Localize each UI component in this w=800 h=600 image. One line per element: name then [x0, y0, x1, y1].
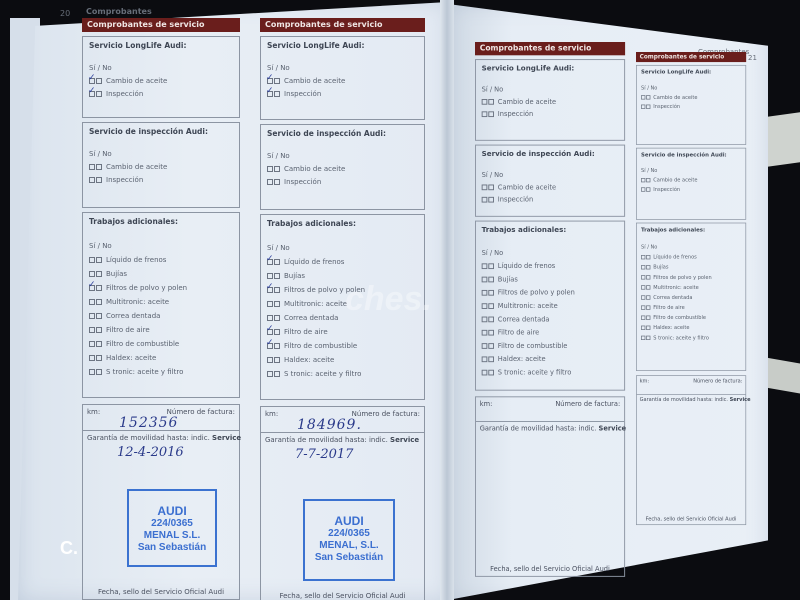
section-banner: Comprobantes de servicio [82, 18, 240, 32]
checkbox-si[interactable] [641, 178, 645, 182]
service-stamp-box: km:Número de factura:152356Garantía de m… [82, 404, 240, 600]
inspection-service-box: Servicio de inspección Audi:Sí / NoCambi… [636, 148, 746, 220]
oil-change-row: Cambio de aceite [482, 184, 619, 192]
checkbox-si[interactable] [482, 263, 488, 269]
invoice-number-label: Número de factura: [555, 400, 620, 408]
mobility-warranty-label: Garantía de movilidad hasta: indic. Serv… [261, 433, 424, 447]
checkbox-no[interactable] [488, 330, 494, 336]
checkbox-no[interactable] [96, 355, 102, 361]
watermark: ches. [345, 280, 432, 319]
checkbox-no[interactable] [488, 317, 494, 323]
inspection-label: Inspección [106, 176, 143, 184]
checkbox-no[interactable] [646, 295, 650, 299]
additional-item-label: Filtro de combustible [498, 342, 568, 350]
additional-item-row: Bujías [89, 270, 233, 278]
checkbox-no[interactable] [274, 273, 280, 279]
checkbox-no[interactable] [488, 99, 494, 105]
additional-item-row: Correa dentada [89, 312, 233, 320]
km-label: km: [640, 378, 650, 384]
longlife-service-box: Servicio LongLife Audi:Sí / NoCambio de … [475, 59, 625, 141]
checkbox-no[interactable] [96, 78, 102, 84]
inspection-title: Servicio de inspección Audi: [482, 150, 619, 159]
checkbox-no[interactable] [274, 91, 280, 97]
km-invoice-row: km:Número de factura: [637, 376, 746, 395]
checkbox-no[interactable] [274, 343, 280, 349]
checkbox-si[interactable] [267, 329, 273, 335]
additional-item-label: Filtro de aire [498, 329, 539, 337]
warranty-service: Service [599, 425, 627, 433]
inspection-label: Inspección [653, 187, 680, 193]
additional-item-row: Filtro de aire [89, 326, 233, 334]
inspection-row: Inspección [89, 176, 233, 184]
si-no-label: Sí / No [641, 244, 741, 250]
checkbox-no[interactable] [96, 313, 102, 319]
inspection-row: Inspección [267, 90, 418, 98]
checkbox-no[interactable] [96, 271, 102, 277]
km-invoice-row: km:Número de factura:152356 [83, 405, 239, 431]
additional-item-label: Líquido de frenos [284, 258, 344, 266]
checkbox-no[interactable] [488, 263, 494, 269]
page-header-left: Comprobantes [86, 7, 152, 16]
checkbox-no[interactable] [96, 327, 102, 333]
inspection-label: Inspección [284, 178, 321, 186]
stamp-footer-label: Fecha, sello del Servicio Oficial Audi [476, 565, 624, 573]
inspection-label: Inspección [284, 90, 321, 98]
additional-works-title: Trabajos adicionales: [267, 219, 418, 228]
warranty-prefix: Garantía de movilidad hasta: indic. [87, 434, 210, 442]
additional-item-row: Correa dentada [482, 316, 619, 324]
checkbox-si[interactable] [482, 343, 488, 349]
warranty-service: Service [212, 434, 241, 442]
checkbox-si[interactable] [482, 185, 488, 191]
checkbox-si[interactable] [89, 164, 95, 170]
additional-item-row: Filtro de aire [267, 328, 418, 336]
checkbox-si[interactable] [641, 326, 645, 330]
checkbox-si[interactable] [267, 371, 273, 377]
si-no-label: Sí / No [482, 171, 619, 179]
checkbox-si[interactable] [267, 78, 273, 84]
checkbox-si[interactable] [267, 287, 273, 293]
additional-item-label: S tronic: aceite y filtro [498, 369, 572, 377]
warranty-stamp-area: Garantía de movilidad hasta: indic. Serv… [83, 431, 239, 599]
checkbox-no[interactable] [646, 336, 650, 340]
oil-change-row: Cambio de aceite [267, 165, 418, 173]
additional-item-row: S tronic: aceite y filtro [89, 368, 233, 376]
checkbox-no[interactable] [488, 370, 494, 376]
checkbox-si[interactable] [482, 370, 488, 376]
inspection-title: Servicio de inspección Audi: [641, 151, 741, 157]
service-stamp-box: km:Número de factura:Garantía de movilid… [636, 375, 746, 525]
checkbox-si[interactable] [89, 299, 95, 305]
additional-item-label: Haldex: aceite [284, 356, 334, 364]
km-label: km: [265, 410, 278, 418]
additional-item-row: Haldex: aceite [89, 354, 233, 362]
oil-change-row: Cambio de aceite [641, 94, 741, 100]
checkbox-si[interactable] [89, 369, 95, 375]
si-no-label: Sí / No [641, 85, 741, 91]
checkbox-si[interactable] [641, 295, 645, 299]
additional-item-label: Multitronic: aceite [653, 285, 698, 291]
oil-change-row: Cambio de aceite [482, 98, 619, 106]
page-number-right: 21 [748, 54, 757, 62]
longlife-service-box: Servicio LongLife Audi:Sí / NoCambio de … [636, 65, 746, 145]
checkbox-si[interactable] [482, 290, 488, 296]
warranty-date-handwritten[interactable]: 7-7-2017 [295, 447, 353, 462]
inspection-label: Inspección [498, 110, 533, 118]
additional-item-row: Filtros de polvo y polen [641, 275, 741, 281]
additional-item-row: Multitronic: aceite [89, 298, 233, 306]
warranty-service: Service [730, 397, 751, 403]
checkbox-si[interactable] [89, 313, 95, 319]
warranty-prefix: Garantía de movilidad hasta: indic. [265, 436, 388, 444]
checkbox-no[interactable] [488, 185, 494, 191]
oil-change-label: Cambio de aceite [653, 177, 697, 183]
checkbox-no[interactable] [274, 166, 280, 172]
checkbox-no[interactable] [96, 299, 102, 305]
checkbox-si[interactable] [89, 341, 95, 347]
checkbox-no[interactable] [646, 95, 650, 99]
inspection-label: Inspección [498, 196, 533, 204]
additional-item-label: Filtros de polvo y polen [653, 275, 711, 281]
additional-item-label: Bujías [106, 270, 127, 278]
longlife-service-box: Servicio LongLife Audi:Sí / NoCambio de … [260, 36, 425, 120]
additional-item-row: Haldex: aceite [641, 325, 741, 331]
service-record-4: Comprobantes de servicioServicio LongLif… [636, 52, 746, 525]
additional-item-label: Bujías [498, 276, 518, 284]
oil-change-row: Cambio de aceite [89, 77, 233, 85]
stamp-code: 224/0365 [129, 518, 215, 530]
checkbox-no[interactable] [96, 285, 102, 291]
additional-item-label: Haldex: aceite [653, 325, 689, 331]
warranty-prefix: Garantía de movilidad hasta: indic. [480, 425, 597, 433]
additional-item-label: Correa dentada [498, 316, 550, 324]
checkbox-no[interactable] [274, 301, 280, 307]
warranty-stamp-area: Garantía de movilidad hasta: indic. Serv… [637, 394, 746, 524]
checkbox-si[interactable] [641, 265, 645, 269]
si-no-label: Sí / No [89, 64, 233, 72]
si-no-label: Sí / No [641, 168, 741, 174]
invoice-number-label: Número de factura: [352, 410, 420, 418]
mobility-warranty-label: Garantía de movilidad hasta: indic. Serv… [637, 394, 746, 404]
checkbox-no[interactable] [274, 78, 280, 84]
additional-item-row: Bujías [267, 272, 418, 280]
book-gutter [440, 0, 454, 600]
section-banner: Comprobantes de servicio [636, 52, 746, 62]
inspection-row: Inspección [641, 187, 741, 193]
oil-change-row: Cambio de aceite [267, 77, 418, 85]
checkbox-si[interactable] [482, 197, 488, 203]
km-label: km: [480, 400, 493, 408]
checkbox-no[interactable] [274, 287, 280, 293]
checkbox-no[interactable] [646, 255, 650, 259]
additional-item-row: Filtros de polvo y polen [482, 289, 619, 297]
checkbox-no[interactable] [96, 257, 102, 263]
mobility-warranty-label: Garantía de movilidad hasta: indic. Serv… [83, 431, 239, 445]
additional-item-label: Correa dentada [106, 312, 160, 320]
km-handwritten-value[interactable]: 184969. [297, 417, 362, 433]
additional-item-label: S tronic: aceite y filtro [653, 335, 709, 341]
km-invoice-row: km:Número de factura: [476, 397, 624, 422]
stamp-dealer: MENAL, S.L. [305, 540, 393, 552]
checkbox-si[interactable] [641, 105, 645, 109]
checkbox-si[interactable] [89, 271, 95, 277]
additional-item-row: Bujías [641, 264, 741, 270]
checkbox-si[interactable] [641, 316, 645, 320]
oil-change-label: Cambio de aceite [498, 184, 556, 192]
inspection-row: Inspección [482, 196, 619, 204]
checkbox-si[interactable] [482, 357, 488, 363]
additional-item-label: Filtro de aire [284, 328, 328, 336]
inspection-service-box: Servicio de inspección Audi:Sí / NoCambi… [260, 124, 425, 210]
checkbox-no[interactable] [646, 326, 650, 330]
additional-item-label: Filtro de combustible [284, 342, 357, 350]
checkbox-no[interactable] [646, 178, 650, 182]
km-invoice-row: km:Número de factura:184969. [261, 407, 424, 433]
checkbox-si[interactable] [89, 91, 95, 97]
checkbox-no[interactable] [488, 290, 494, 296]
additional-item-row: Haldex: aceite [482, 356, 619, 364]
additional-item-label: Filtros de polvo y polen [106, 284, 187, 292]
checkbox-no[interactable] [274, 371, 280, 377]
checkbox-no[interactable] [274, 259, 280, 265]
warranty-stamp-area: Garantía de movilidad hasta: indic. Serv… [476, 422, 624, 575]
section-banner: Comprobantes de servicio [260, 18, 425, 32]
inspection-label: Inspección [106, 90, 143, 98]
additional-item-label: Filtro de aire [106, 326, 150, 334]
inspection-row: Inspección [482, 110, 619, 118]
stamp-dealer: MENAL S.L. [129, 530, 215, 542]
oil-change-label: Cambio de aceite [106, 163, 167, 171]
additional-item-label: S tronic: aceite y filtro [106, 368, 183, 376]
checkbox-no[interactable] [488, 303, 494, 309]
longlife-title: Servicio LongLife Audi: [641, 69, 741, 75]
km-label: km: [87, 408, 100, 416]
additional-item-row: Filtro de aire [482, 329, 619, 337]
oil-change-label: Cambio de aceite [106, 77, 167, 85]
inspection-title: Servicio de inspección Audi: [267, 129, 418, 138]
additional-works-title: Trabajos adicionales: [89, 217, 233, 226]
stamp-city: San Sebastián [305, 552, 393, 564]
inspection-row: Inspección [89, 90, 233, 98]
additional-item-row: Líquido de frenos [482, 262, 619, 270]
corner-label: C. [60, 538, 78, 559]
additional-item-row: Líquido de frenos [89, 256, 233, 264]
inspection-service-box: Servicio de inspección Audi:Sí / NoCambi… [475, 145, 625, 217]
additional-works-box: Trabajos adicionales:Sí / NoLíquido de f… [636, 223, 746, 371]
checkbox-si[interactable] [89, 78, 95, 84]
additional-item-row: Filtros de polvo y polen [89, 284, 233, 292]
checkbox-no[interactable] [646, 306, 650, 310]
checkbox-no[interactable] [274, 357, 280, 363]
additional-item-row: Correa dentada [641, 295, 741, 301]
inspection-label: Inspección [653, 104, 680, 110]
checkbox-si[interactable] [641, 285, 645, 289]
checkbox-si[interactable] [641, 95, 645, 99]
service-stamp-box: km:Número de factura:184969.Garantía de … [260, 406, 425, 600]
si-no-label: Sí / No [89, 150, 233, 158]
stamp-footer-label: Fecha, sello del Servicio Oficial Audi [261, 592, 424, 600]
checkbox-no[interactable] [646, 187, 650, 191]
additional-item-row: Filtro de combustible [482, 342, 619, 350]
checkbox-si[interactable] [267, 273, 273, 279]
km-handwritten-value[interactable]: 152356 [119, 415, 178, 431]
longlife-service-box: Servicio LongLife Audi:Sí / NoCambio de … [82, 36, 240, 118]
service-record-3: Comprobantes de servicioServicio LongLif… [475, 42, 625, 576]
longlife-title: Servicio LongLife Audi: [482, 64, 619, 73]
checkbox-si[interactable] [482, 303, 488, 309]
checkbox-si[interactable] [267, 259, 273, 265]
checkbox-no[interactable] [488, 343, 494, 349]
additional-item-row: Filtro de combustible [89, 340, 233, 348]
checkbox-si[interactable] [267, 166, 273, 172]
checkbox-no[interactable] [274, 179, 280, 185]
checkbox-si[interactable] [89, 177, 95, 183]
checkbox-no[interactable] [274, 329, 280, 335]
checkbox-si[interactable] [267, 357, 273, 363]
checkbox-si[interactable] [267, 343, 273, 349]
checkbox-si[interactable] [482, 99, 488, 105]
inspection-row: Inspección [267, 178, 418, 186]
checkbox-no[interactable] [274, 315, 280, 321]
si-no-label: Sí / No [267, 64, 418, 72]
checkbox-no[interactable] [646, 285, 650, 289]
si-no-label: Sí / No [267, 244, 418, 252]
inspection-row: Inspección [641, 104, 741, 110]
oil-change-label: Cambio de aceite [284, 165, 345, 173]
additional-item-row: Haldex: aceite [267, 356, 418, 364]
checkbox-si[interactable] [482, 317, 488, 323]
checkbox-no[interactable] [96, 341, 102, 347]
invoice-number-label: Número de factura: [693, 378, 742, 384]
additional-item-row: S tronic: aceite y filtro [267, 370, 418, 378]
checkbox-si[interactable] [267, 301, 273, 307]
checkbox-no[interactable] [488, 111, 494, 117]
mobility-warranty-label: Garantía de movilidad hasta: indic. Serv… [476, 422, 624, 435]
additional-item-label: Filtro de aire [653, 305, 684, 311]
oil-change-label: Cambio de aceite [284, 77, 345, 85]
warranty-service: Service [390, 436, 419, 444]
additional-item-label: Líquido de frenos [106, 256, 166, 264]
additional-item-row: Multitronic: aceite [482, 302, 619, 310]
service-record-1: Comprobantes de servicioServicio LongLif… [82, 18, 240, 600]
stamp-code: 224/0365 [305, 528, 393, 540]
checkbox-si[interactable] [267, 315, 273, 321]
service-stamp-box: km:Número de factura:Garantía de movilid… [475, 396, 625, 576]
checkbox-no[interactable] [488, 197, 494, 203]
additional-item-row: S tronic: aceite y filtro [641, 335, 741, 341]
dealer-stamp: AUDI224/0365MENAL S.L.San Sebastián [127, 489, 217, 567]
additional-item-row: S tronic: aceite y filtro [482, 369, 619, 377]
si-no-label: Sí / No [267, 152, 418, 160]
additional-item-label: S tronic: aceite y filtro [284, 370, 361, 378]
warranty-prefix: Garantía de movilidad hasta: indic. [640, 397, 728, 403]
stamp-footer-label: Fecha, sello del Servicio Oficial Audi [83, 588, 239, 596]
checkbox-si[interactable] [89, 327, 95, 333]
oil-change-row: Cambio de aceite [89, 163, 233, 171]
additional-item-label: Haldex: aceite [498, 356, 546, 364]
checkbox-si[interactable] [641, 306, 645, 310]
si-no-label: Sí / No [482, 249, 619, 257]
checkbox-si[interactable] [641, 255, 645, 259]
additional-item-label: Filtro de combustible [106, 340, 179, 348]
checkbox-no[interactable] [96, 91, 102, 97]
additional-item-label: Filtro de combustible [653, 315, 706, 321]
checkbox-si[interactable] [641, 336, 645, 340]
checkbox-si[interactable] [89, 285, 95, 291]
additional-item-label: Filtros de polvo y polen [498, 289, 575, 297]
additional-item-row: Bujías [482, 276, 619, 284]
checkbox-si[interactable] [482, 277, 488, 283]
si-no-label: Sí / No [89, 242, 233, 250]
checkbox-si[interactable] [482, 111, 488, 117]
additional-item-row: Filtro de combustible [267, 342, 418, 350]
additional-item-label: Haldex: aceite [106, 354, 156, 362]
additional-works-title: Trabajos adicionales: [482, 225, 619, 234]
additional-item-label: Líquido de frenos [653, 254, 697, 260]
additional-item-label: Bujías [653, 264, 668, 270]
section-banner: Comprobantes de servicio [475, 42, 625, 55]
stamp-brand: AUDI [129, 505, 215, 518]
checkbox-si[interactable] [482, 330, 488, 336]
checkbox-no[interactable] [646, 275, 650, 279]
checkbox-no[interactable] [646, 105, 650, 109]
checkbox-no[interactable] [96, 369, 102, 375]
additional-item-label: Líquido de frenos [498, 262, 555, 270]
additional-item-row: Multitronic: aceite [641, 285, 741, 291]
warranty-date-handwritten[interactable]: 12-4-2016 [117, 445, 184, 460]
dealer-stamp: AUDI224/0365MENAL, S.L.San Sebastián [303, 499, 395, 581]
checkbox-si[interactable] [89, 355, 95, 361]
additional-works-box: Trabajos adicionales:Sí / NoLíquido de f… [475, 221, 625, 391]
additional-item-row: Filtro de aire [641, 305, 741, 311]
checkbox-no[interactable] [96, 164, 102, 170]
stamp-city: San Sebastián [129, 542, 215, 554]
checkbox-no[interactable] [646, 265, 650, 269]
inspection-title: Servicio de inspección Audi: [89, 127, 233, 136]
additional-works-title: Trabajos adicionales: [641, 226, 741, 232]
checkbox-no[interactable] [646, 316, 650, 320]
additional-item-row: Filtro de combustible [641, 315, 741, 321]
additional-item-label: Correa dentada [653, 295, 692, 301]
longlife-title: Servicio LongLife Audi: [89, 41, 233, 50]
checkbox-si[interactable] [641, 275, 645, 279]
oil-change-label: Cambio de aceite [498, 98, 556, 106]
warranty-stamp-area: Garantía de movilidad hasta: indic. Serv… [261, 433, 424, 600]
checkbox-si[interactable] [641, 187, 645, 191]
oil-change-label: Cambio de aceite [653, 94, 697, 100]
additional-item-row: Líquido de frenos [267, 258, 418, 266]
si-no-label: Sí / No [482, 86, 619, 94]
checkbox-no[interactable] [96, 177, 102, 183]
checkbox-si[interactable] [89, 257, 95, 263]
checkbox-si[interactable] [267, 91, 273, 97]
additional-item-row: Líquido de frenos [641, 254, 741, 260]
longlife-title: Servicio LongLife Audi: [267, 41, 418, 50]
additional-item-label: Multitronic: aceite [106, 298, 169, 306]
checkbox-no[interactable] [488, 277, 494, 283]
stamp-brand: AUDI [305, 515, 393, 528]
checkbox-si[interactable] [267, 179, 273, 185]
checkbox-no[interactable] [488, 357, 494, 363]
additional-works-box: Trabajos adicionales:Sí / NoLíquido de f… [82, 212, 240, 398]
additional-item-label: Correa dentada [284, 314, 338, 322]
additional-item-label: Multitronic: aceite [498, 302, 558, 310]
inspection-service-box: Servicio de inspección Audi:Sí / NoCambi… [82, 122, 240, 208]
oil-change-row: Cambio de aceite [641, 177, 741, 183]
stamp-footer-label: Fecha, sello del Servicio Oficial Audi [637, 516, 746, 522]
additional-item-label: Multitronic: aceite [284, 300, 347, 308]
page-number-left: 20 [60, 9, 70, 18]
